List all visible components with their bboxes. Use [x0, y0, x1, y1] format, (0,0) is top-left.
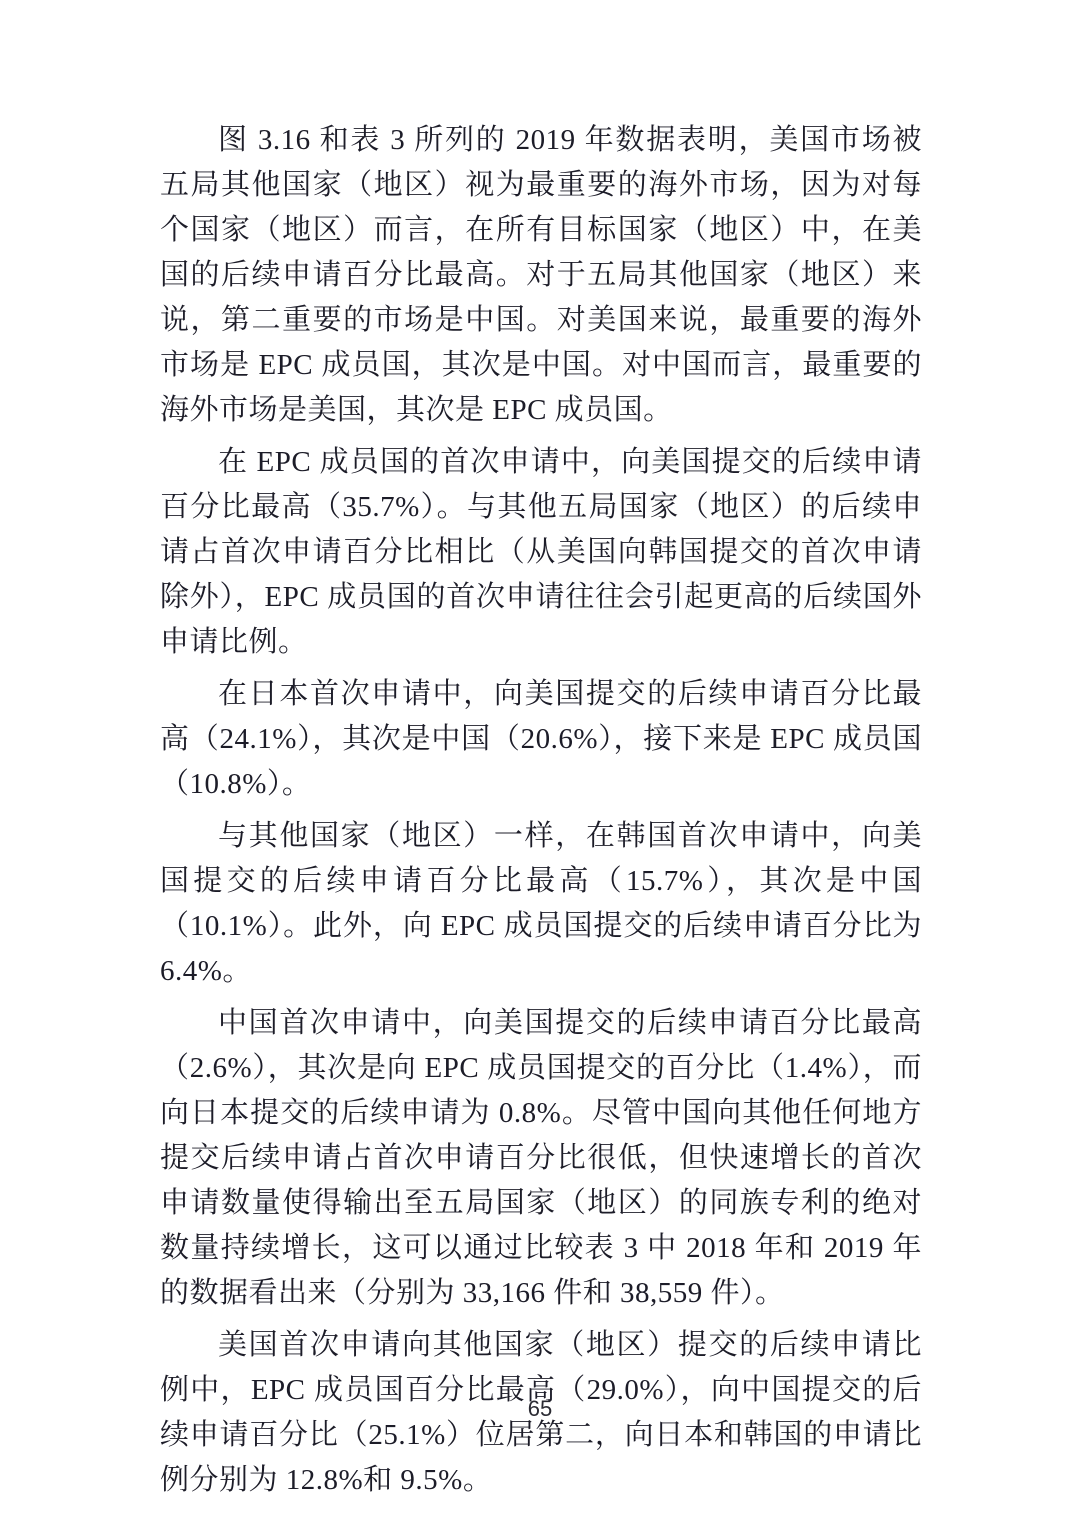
document-page: 图 3.16 和表 3 所列的 2019 年数据表明，美国市场被五局其他国家（地… — [0, 0, 1080, 1528]
paragraph-2: 在 EPC 成员国的首次申请中，向美国提交的后续申请百分比最高（35.7%）。与… — [160, 440, 922, 665]
page-body-text: 图 3.16 和表 3 所列的 2019 年数据表明，美国市场被五局其他国家（地… — [160, 118, 922, 1510]
paragraph-4: 与其他国家（地区）一样，在韩国首次申请中，向美国提交的后续申请百分比最高（15.… — [160, 814, 922, 994]
page-number: 65 — [0, 1396, 1080, 1422]
paragraph-3: 在日本首次申请中，向美国提交的后续申请百分比最高（24.1%），其次是中国（20… — [160, 672, 922, 807]
paragraph-5: 中国首次申请中，向美国提交的后续申请百分比最高（2.6%），其次是向 EPC 成… — [160, 1001, 922, 1316]
paragraph-1: 图 3.16 和表 3 所列的 2019 年数据表明，美国市场被五局其他国家（地… — [160, 118, 922, 433]
